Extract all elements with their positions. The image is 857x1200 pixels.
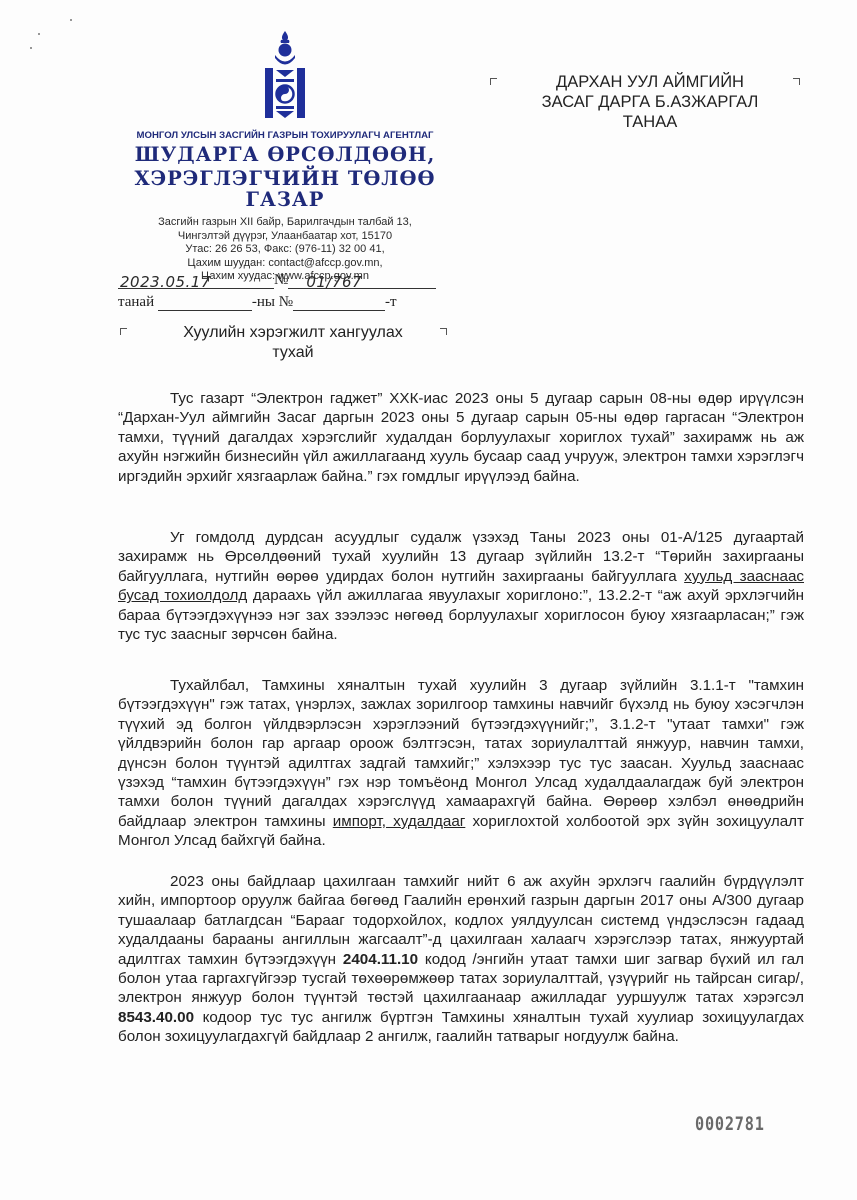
handwritten-number: 01/767 [288,273,362,291]
soyombo-emblem-icon [262,30,308,122]
hs-code-2404: 2404.11.10 [343,951,418,968]
letterhead: МОНГОЛ УЛСЫН ЗАСГИЙН ГАЗРЫН ТОХИРУУЛАГЧ … [110,130,460,284]
hs-code-8543: 8543.40.00 [118,1009,194,1026]
email-line: Цахим шуудан: contact@afccp.gov.mn, [110,257,460,271]
subject-corner-mark-left [120,328,127,335]
your-number-label: -ны № [252,294,293,310]
subject-line-2: тухай [148,343,438,363]
number-field: 01/767 [288,273,436,289]
paragraph-4: 2023 оны байдлаар цахилгаан тамхийг нийт… [118,872,804,1047]
reference-line: танай -ны №-т [118,294,397,311]
scan-speck [30,47,32,49]
handwritten-date: 2023.05.17 [118,273,211,291]
p3-underlined: импорт, худалдааг [333,813,466,830]
your-date-field [158,295,252,311]
paragraph-2: Уг гомдолд дурдсан асуудлыг судалж үзэхэ… [118,528,804,644]
p4-text-c: кодоор тус тус ангилж бүртгэн Тамхины хя… [118,1009,804,1045]
addressee-line-1: ДАРХАН УУЛ АЙМГИЙН [490,72,810,92]
scan-speck [38,33,40,35]
address-line-1: Засгийн газрын XII байр, Барилгачдын тал… [110,216,460,230]
agency-line: МОНГОЛ УЛСЫН ЗАСГИЙН ГАЗРЫН ТОХИРУУЛАГЧ … [110,130,460,141]
paragraph-3: Тухайлбал, Тамхины хяналтын тухай хуулий… [118,676,804,851]
org-name-line-1: ШУДАРГА ӨРСӨЛДӨӨН, [110,144,460,165]
your-suffix: -т [385,294,397,310]
addressee-line-2: ЗАСАГ ДАРГА Б.АЗЖАРГАЛ [490,92,810,112]
scan-speck [70,19,72,21]
paragraph-2-text: Уг гомдолд дурдсан асуудлыг судалж үзэхэ… [118,528,804,644]
addressee-block: ДАРХАН УУЛ АЙМГИЙН ЗАСАГ ДАРГА Б.АЗЖАРГА… [490,72,810,132]
date-field: 2023.05.17 [118,273,274,289]
p3-text-a: Тухайлбал, Тамхины хяналтын тухай хуулий… [118,677,804,830]
subject-corner-mark-right [440,328,447,335]
registration-date-number: 2023.05.17№01/767 [118,272,436,289]
paragraph-1-text: Тус газарт “Электрон гаджет” ХХК-иас 202… [118,389,804,486]
paragraph-4-text: 2023 оны байдлаар цахилгаан тамхийг нийт… [118,872,804,1047]
your-number-field [293,295,385,311]
subject-line-1: Хуулийн хэрэгжилт хангуулах [148,323,438,343]
paragraph-1: Тус газарт “Электрон гаджет” ХХК-иас 202… [118,389,804,486]
phone-fax-line: Утас: 26 26 53, Факс: (976-11) 32 00 41, [110,243,460,257]
subject-heading: Хуулийн хэрэгжилт хангуулах тухай [148,323,438,363]
number-label: № [274,272,288,288]
your-label: танай [118,294,154,310]
paragraph-3-text: Тухайлбал, Тамхины хяналтын тухай хуулий… [118,676,804,851]
org-name-line-2: ХЭРЭГЛЭГЧИЙН ТӨЛӨӨ ГАЗАР [110,168,460,210]
serial-number-stamp: 0002781 [695,1113,765,1135]
addressee-line-3: ТАНАА [490,112,810,132]
address-line-2: Чингэлтэй дүүрэг, Улаанбаатар хот, 15170 [110,230,460,244]
